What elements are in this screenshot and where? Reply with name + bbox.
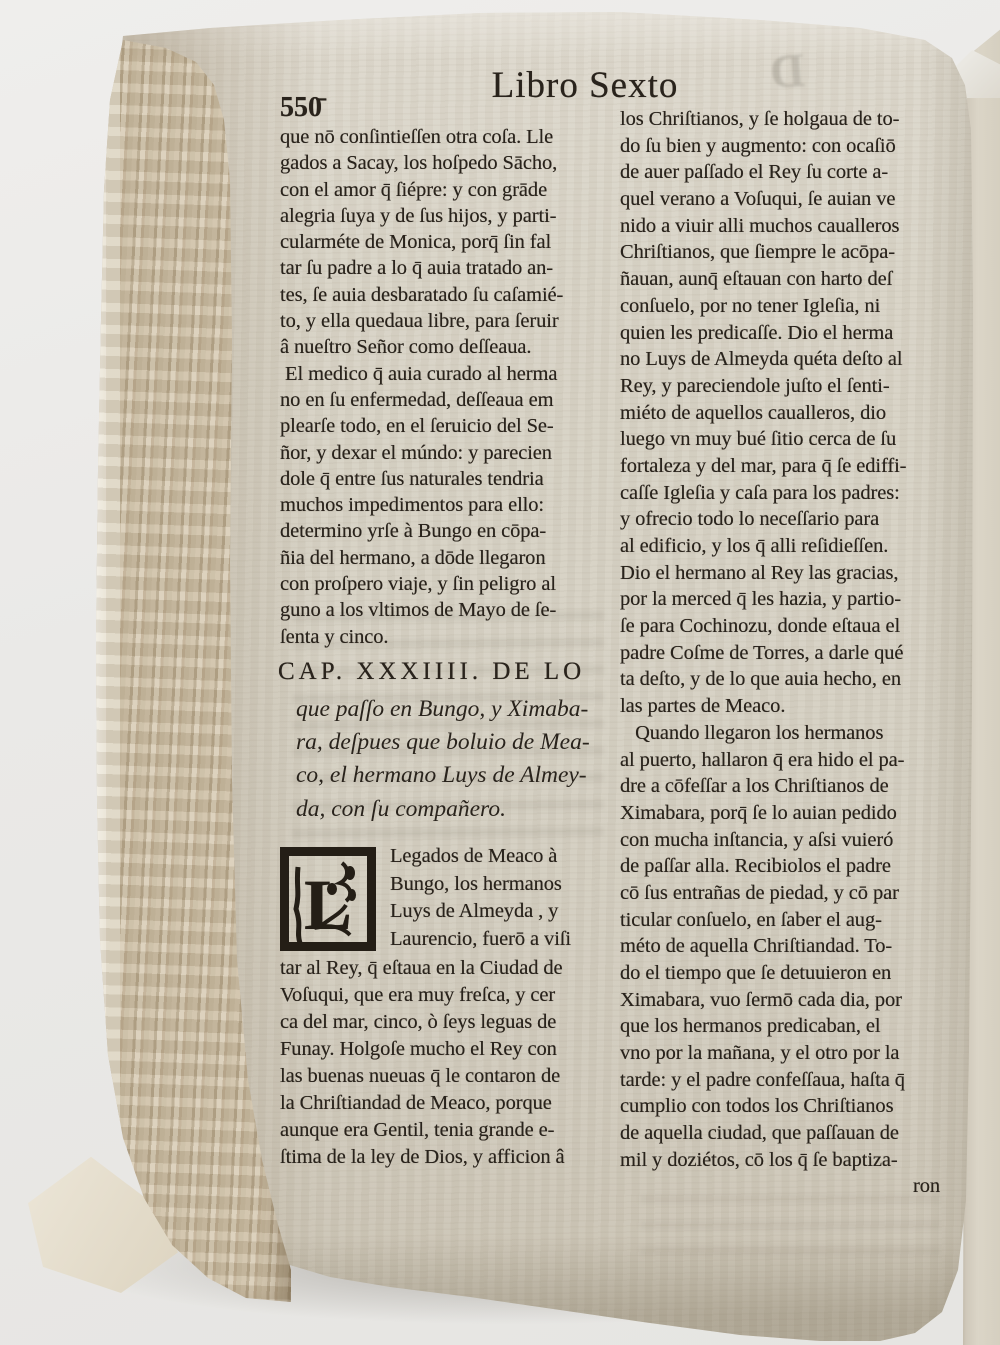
text-line: Quando llegaron los hermanos	[620, 720, 956, 747]
text-line: cumplio con todos los Chriſtianos	[620, 1093, 956, 1120]
text-line: Luys de Almeyda , y	[390, 898, 618, 926]
text-line: de auer paſſado el Rey ſu corte a-	[620, 159, 956, 186]
chapter-opening-paragraph: L Legados de Meaco àBungo, los hermanosL…	[280, 843, 618, 1171]
photo-of-antique-book-page: { "page": { "number": "550̄", "running_t…	[0, 0, 1000, 1345]
text-line: Legados de Meaco à	[390, 843, 618, 871]
right-text-column: los Chriſtianos, y ſe holgaua de to-do ſ…	[620, 106, 956, 1198]
text-line: miéto de aquellos caualleros, dio	[620, 400, 956, 427]
text-line: to, y ella quedaua libre, para ſeruir	[280, 308, 618, 334]
text-line: â nueſtro Señor como deſſeaua.	[280, 334, 618, 360]
text-line: las buenas nueuas q̄ le contaron de	[280, 1063, 618, 1090]
text-line: padre Coſme de Torres, a darle qué	[620, 640, 956, 667]
text-line: que nō conſintieſſen otra coſa. Lle	[280, 124, 618, 150]
text-line: caſſe Igleſia y caſa para los padres:	[620, 480, 956, 507]
text-line: ra, deſpues que boluio de Mea-	[296, 726, 618, 759]
text-line: Voſuqui, que era muy freſca, y cer	[280, 982, 618, 1009]
text-line: al puerto, hallaron q̄ era hido el pa-	[620, 747, 956, 774]
text-line: por la merced q̄ les hazia, y partio-	[620, 586, 956, 613]
text-line: guno a los vltimos de Mayo de ſe-	[280, 597, 618, 623]
text-line: ſenta y cinco.	[280, 624, 618, 650]
text-line: quien les predicaſſe. Dio el herma	[620, 320, 956, 347]
text-line: que los hermanos predicaban, el	[620, 1013, 956, 1040]
text-line: determino yrſe à Bungo en cōpa-	[280, 518, 618, 544]
text-line: y ofrecio todo lo neceſſario para	[620, 506, 956, 533]
text-line: fortaleza y del mar, para q̄ ſe ediffi-	[620, 453, 956, 480]
svg-text:L: L	[304, 865, 352, 945]
paragraph-lines-beside-initial: Legados de Meaco àBungo, los hermanosLuy…	[390, 843, 618, 953]
text-line: aunque era Gentil, tenia grande e-	[280, 1117, 618, 1144]
text-line: nido a viuir alli muchos caualleros	[620, 213, 956, 240]
woodcut-initial-capital: L	[280, 847, 376, 951]
text-line: no en ſu enfermedad, deſſeaua em	[280, 387, 618, 413]
text-line: ca del mar, cinco, ò ſeys leguas de	[280, 1009, 618, 1036]
text-line: ticular conſuelo, en ſaber el aug-	[620, 907, 956, 934]
text-line: cularméte de Monica, porq̄ ſin fal	[280, 229, 618, 255]
text-line: do el tiempo que ſe detuuieron en	[620, 960, 956, 987]
catchword: ron	[620, 1175, 956, 1198]
left-text-column: que nō conſintieſſen otra coſa. Llegados…	[280, 124, 618, 650]
text-line: tar ſu padre a lo q̄ auia tratado an-	[280, 255, 618, 281]
text-line: los Chriſtianos, y ſe holgaua de to-	[620, 106, 956, 133]
text-line: tarde: y el padre confeſſaua, haſta q̄	[620, 1067, 956, 1094]
text-line: quel verano a Voſuqui, ſe auian ve	[620, 186, 956, 213]
text-line: que paſſo en Bungo, y Ximaba-	[296, 693, 618, 726]
text-line: do ſu bien y augmento: con ocaſiō	[620, 133, 956, 160]
text-line: gados a Sacay, los hoſpedo Sācho,	[280, 150, 618, 176]
text-line: cō ſus entrañas de piedad, y cō par	[620, 880, 956, 907]
chapter-heading-caps: CAP. XXXIIII. DE LO	[278, 658, 618, 686]
text-line: mil y doziétos, cō los q̄ ſe baptiza-	[620, 1147, 956, 1174]
text-line: dre a cōfeſſar a los Chriſtianos de	[620, 773, 956, 800]
text-line: Dio el hermano al Rey las gracias,	[620, 560, 956, 587]
chapter-heading: CAP. XXXIIII. DE LO que paſſo en Bungo, …	[278, 658, 618, 826]
text-line: dole q̄ entre ſus naturales tendria	[280, 466, 618, 492]
page-number: 550̄	[280, 92, 322, 124]
text-line: méto de aquella Chriſtiandad. To-	[620, 933, 956, 960]
text-line: de paſſar alla. Recibiolos el padre	[620, 853, 956, 880]
text-line: al edificio, y los q̄ alli reſidieſſen.	[620, 533, 956, 560]
text-line: la Chriſtiandad de Meaco, porque	[280, 1090, 618, 1117]
text-line: ñor, y dexar el múndo: y parecien	[280, 440, 618, 466]
text-line: no Luys de Almeyda quéta deſto al	[620, 346, 956, 373]
text-line: tes, ſe auia desbaratado ſu caſamié-	[280, 282, 618, 308]
text-line: con proſpero viaje, y ſin peligro al	[280, 571, 618, 597]
text-line: conſuelo, por no tener Igleſia, ni	[620, 293, 956, 320]
text-line: Rey, y pareciendole juſto el ſenti-	[620, 373, 956, 400]
text-line: alegria ſuya y de ſus hijos, y parti-	[280, 203, 618, 229]
text-line: muchos impedimentos para ello:	[280, 492, 618, 518]
text-line: plearſe todo, en el ſeruicio del Se-	[280, 413, 618, 439]
text-line: ñia del hermano, a dōde llegaron	[280, 545, 618, 571]
text-line: ſe para Cochinozu, donde eſtaua el	[620, 613, 956, 640]
text-line: de aquella ciudad, que paſſauan de	[620, 1120, 956, 1147]
text-line: ſtima de la ley de Dios, y afficion â	[280, 1144, 618, 1171]
right-column-lines: los Chriſtianos, y ſe holgaua de to-do ſ…	[620, 106, 956, 1174]
text-line: luego vn muy bué ſitio cerca de ſu	[620, 426, 956, 453]
text-line: Chriſtianos, que ſiempre le acōpa-	[620, 239, 956, 266]
text-line: Funay. Holgoſe mucho el Rey con	[280, 1036, 618, 1063]
text-line: vno por la mañana, y el otro por la	[620, 1040, 956, 1067]
text-line: con el amor q̄ ſiépre: y con grāde	[280, 177, 618, 203]
text-line: Ximabara, porq̄ ſe lo auian pedido	[620, 800, 956, 827]
text-line: El medico q̄ auia curado al herma	[280, 361, 618, 387]
woodcut-initial-L-graphic: L	[280, 847, 376, 951]
chapter-heading-italic: que paſſo en Bungo, y Ximaba-ra, deſpues…	[296, 693, 618, 826]
text-line: ta deſto, y de lo que auia hecho, en	[620, 666, 956, 693]
text-line: con mucha inſtancia, y aſsi vuieró	[620, 827, 956, 854]
text-line: Bungo, los hermanos	[390, 871, 618, 899]
text-line: tar al Rey, q̄ eſtaua en la Ciudad de	[280, 955, 618, 982]
text-line: ñauan, aunq̄ eſtauan con harto deſ	[620, 266, 956, 293]
running-title: Libro Sexto	[455, 64, 715, 107]
text-line: co, el hermano Luys de Almey-	[296, 759, 618, 792]
paragraph-lines-below-initial: tar al Rey, q̄ eſtaua en la Ciudad deVoſ…	[280, 955, 618, 1170]
text-line: las partes de Meaco.	[620, 693, 956, 720]
text-line: Ximabara, vuo ſermō cada dia, por	[620, 987, 956, 1014]
text-line: Laurencio, fuerō a viſi	[390, 926, 618, 954]
text-line: da, con ſu compañero.	[296, 793, 618, 826]
